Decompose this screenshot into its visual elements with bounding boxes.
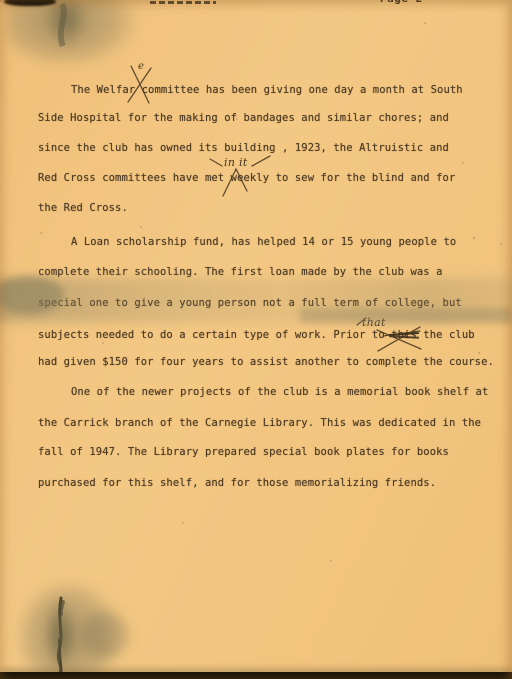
typed-line: Side Hospital for the making of bandages… bbox=[38, 112, 449, 124]
header-clipped: Page 2 bbox=[0, 0, 512, 5]
handwritten-insertion-in-it: in it bbox=[224, 156, 248, 169]
handwritten-insertion-that: that bbox=[362, 316, 386, 329]
typed-line: fall of 1947. The Library prepared speci… bbox=[38, 446, 449, 458]
handwritten-insertion-e: e bbox=[138, 61, 144, 72]
typed-line: purchased for this shelf, and for those … bbox=[38, 477, 436, 489]
typed-line: special one to give a young person not a… bbox=[38, 297, 462, 309]
typed-line: had given $150 for four years to assist … bbox=[38, 356, 494, 368]
header-page-label: Page 2 bbox=[380, 0, 423, 5]
paper-speckles bbox=[0, 0, 2, 2]
typed-line: the Carrick branch of the Carnegie Libra… bbox=[38, 417, 481, 429]
ink-stain-bottom-left bbox=[18, 582, 118, 679]
ink-stain-bottom-left-core bbox=[44, 596, 76, 674]
typed-line: complete their schooling. The first loan… bbox=[38, 266, 443, 278]
typed-line: since the club has owned its building , … bbox=[38, 142, 449, 154]
typed-line: The Welfar committee has been giving one… bbox=[38, 84, 463, 96]
typed-line: A Loan scholarship fund, has helped 14 o… bbox=[38, 236, 456, 248]
stain-band-middle-right bbox=[300, 308, 512, 323]
typed-text: the club bbox=[417, 329, 475, 341]
struck-out-word: this bbox=[391, 329, 417, 341]
typed-text: subjects needed to do a certain type of … bbox=[38, 329, 391, 341]
ink-stain-top-left bbox=[6, 0, 136, 66]
header-left-fragment-illegible bbox=[150, 1, 216, 4]
ink-stain-top-left-core bbox=[44, 0, 88, 50]
typed-line: One of the newer projects of the club is… bbox=[38, 386, 488, 398]
typed-line: subjects needed to do a certain type of … bbox=[38, 329, 475, 341]
scan-bottom-edge bbox=[0, 672, 512, 679]
scanned-page: Page 2 The Welfar committee has been giv… bbox=[0, 0, 512, 679]
typed-line: Red Cross committees have met weekly to … bbox=[38, 172, 455, 184]
ink-stain-bottom-left-halo bbox=[82, 612, 128, 658]
typed-line: the Red Cross. bbox=[38, 202, 128, 214]
